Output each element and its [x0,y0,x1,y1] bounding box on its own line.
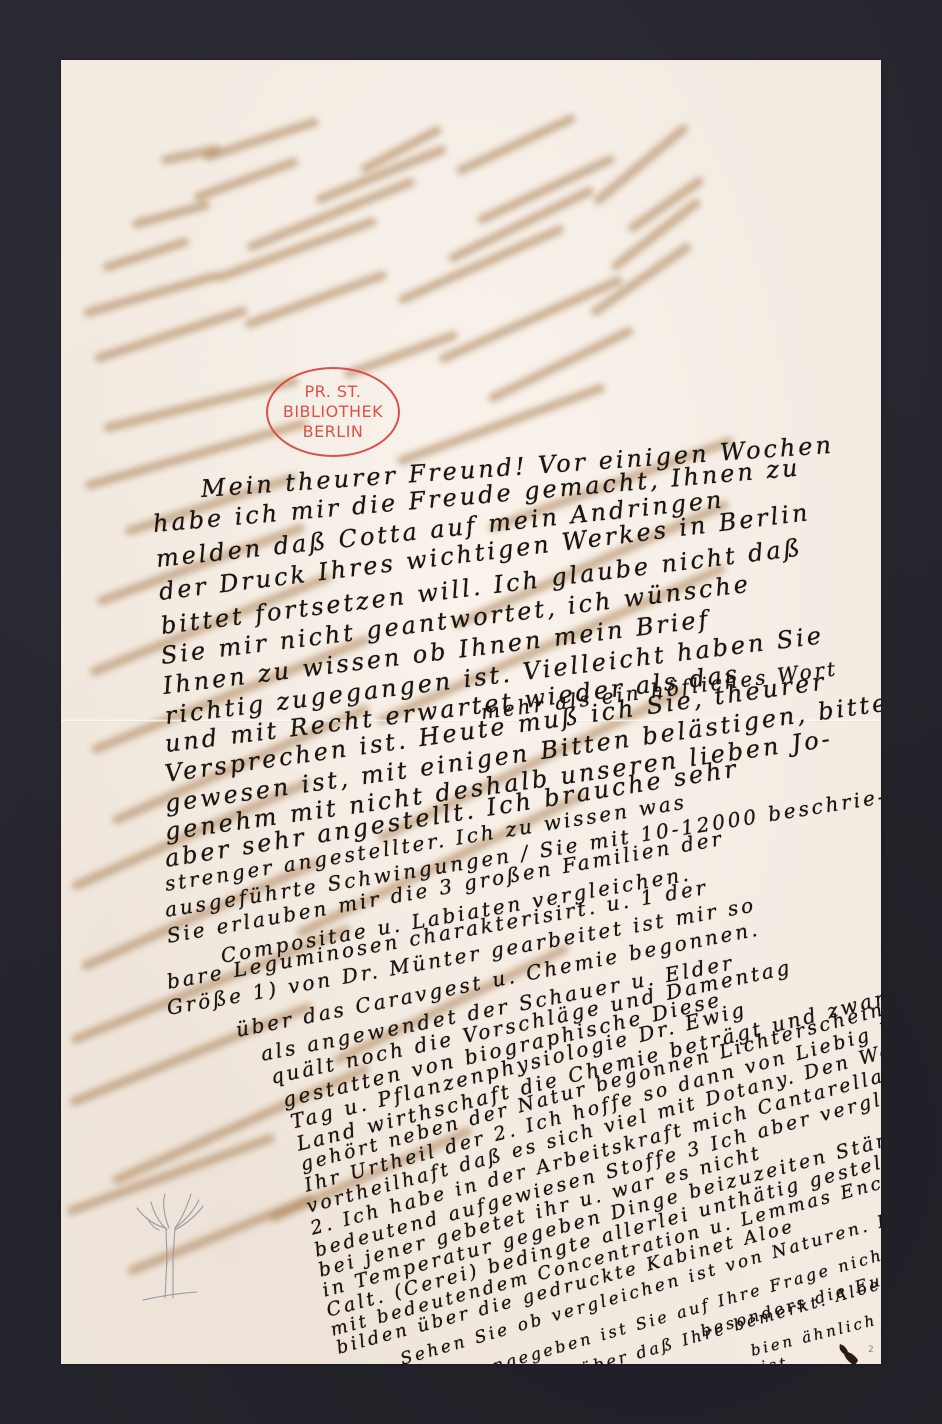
letter-page: PR. ST. BIBLIOTHEK BERLIN Mein theurer F… [61,60,881,1364]
page-mark: 2 [868,1345,874,1355]
ink-blot-icon [836,1340,866,1364]
pencil-tree-sketch-icon [129,1188,209,1308]
handwritten-letter-body: Mein theurer Freund! Vor einigen Wochen … [61,60,881,1364]
